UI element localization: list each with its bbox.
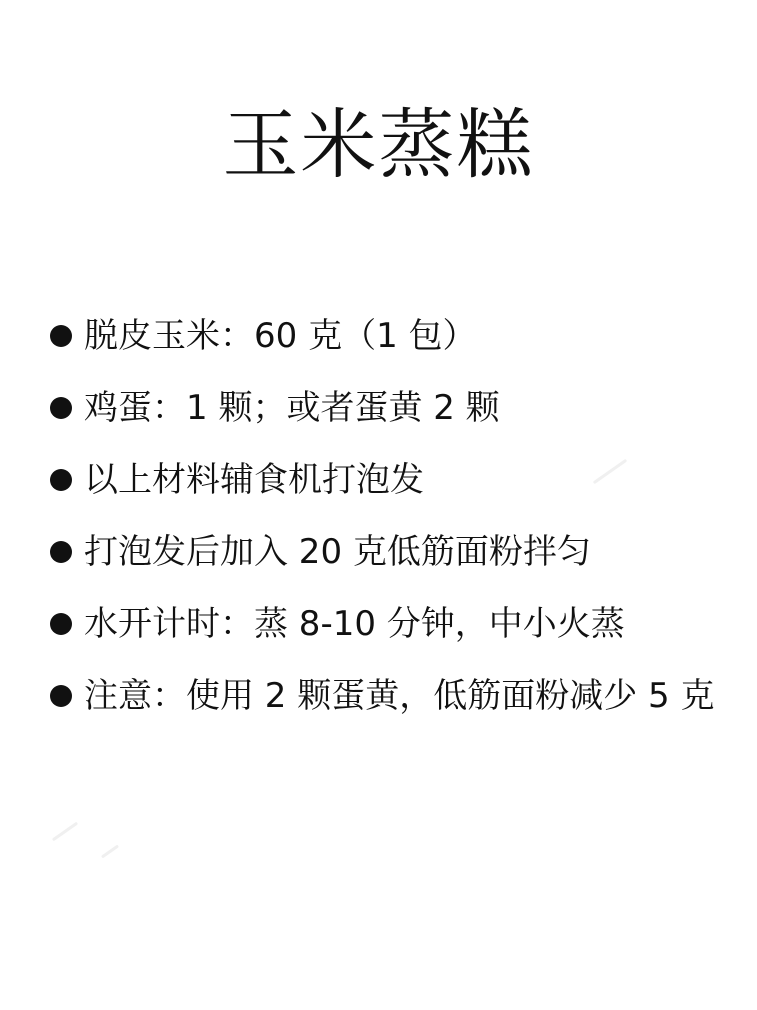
bullet-icon bbox=[50, 397, 72, 419]
list-item-text: 水开计时：蒸 8-10 分钟，中小火蒸 bbox=[84, 588, 738, 660]
list-item: 打泡发后加入 20 克低筋面粉拌匀 bbox=[48, 516, 738, 588]
list-item: 鸡蛋：1 颗；或者蛋黄 2 颗 bbox=[48, 372, 738, 444]
list-item-text: 注意：使用 2 颗蛋黄，低筋面粉减少 5 克 bbox=[84, 660, 738, 732]
bullet-icon bbox=[50, 613, 72, 635]
bullet-icon bbox=[50, 469, 72, 491]
bullet-icon bbox=[50, 325, 72, 347]
list-item: 注意：使用 2 颗蛋黄，低筋面粉减少 5 克 bbox=[48, 660, 738, 732]
list-item: 脱皮玉米：60 克（1 包） bbox=[48, 300, 738, 372]
bullet-icon bbox=[50, 541, 72, 563]
page-title: 玉米蒸糕 bbox=[0, 100, 757, 190]
list-item-text: 鸡蛋：1 颗；或者蛋黄 2 颗 bbox=[84, 372, 738, 444]
decorative-smudge bbox=[52, 822, 78, 842]
list-item: 以上材料辅食机打泡发 bbox=[48, 444, 738, 516]
recipe-steps-list: 脱皮玉米：60 克（1 包） 鸡蛋：1 颗；或者蛋黄 2 颗 以上材料辅食机打泡… bbox=[48, 300, 738, 732]
list-item-text: 打泡发后加入 20 克低筋面粉拌匀 bbox=[84, 516, 738, 588]
list-item: 水开计时：蒸 8-10 分钟，中小火蒸 bbox=[48, 588, 738, 660]
bullet-icon bbox=[50, 685, 72, 707]
list-item-text: 脱皮玉米：60 克（1 包） bbox=[84, 300, 738, 372]
list-item-text: 以上材料辅食机打泡发 bbox=[84, 444, 738, 516]
decorative-smudge bbox=[101, 845, 119, 859]
